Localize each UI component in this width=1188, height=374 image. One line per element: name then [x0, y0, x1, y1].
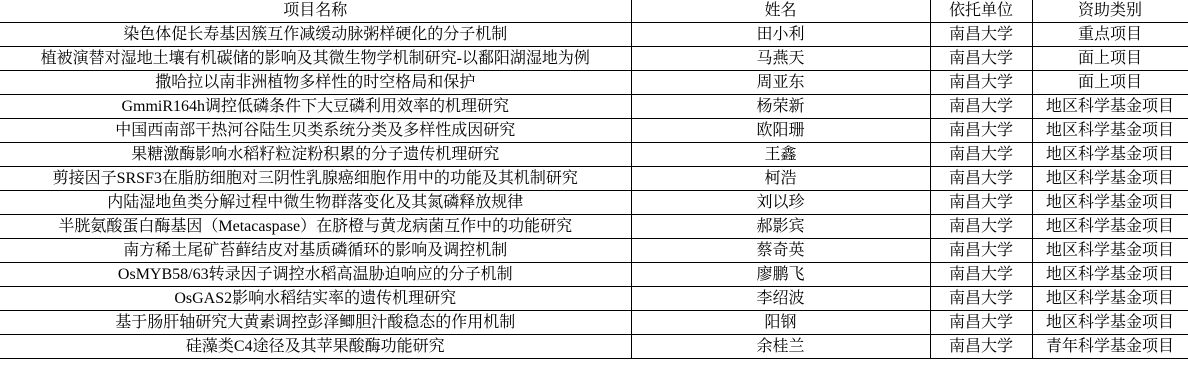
category-cell: 青年科学基金项目	[1032, 335, 1188, 359]
category-cell: 地区科学基金项目	[1032, 191, 1188, 215]
name-cell: 李绍波	[631, 287, 930, 311]
institution-cell: 南昌大学	[930, 167, 1032, 191]
category-cell: 面上项目	[1032, 47, 1188, 71]
category-cell: 重点项目	[1032, 23, 1188, 47]
table-row: 染色体促长寿基因簇互作减缓动脉粥样硬化的分子机制 田小利 南昌大学 重点项目	[0, 23, 1188, 47]
name-cell: 田小利	[631, 23, 930, 47]
column-header-institution: 依托单位	[930, 0, 1032, 23]
column-header-category: 资助类别	[1032, 0, 1188, 23]
project-cell: 果糖激酶影响水稻籽粒淀粉积累的分子遗传机理研究	[0, 143, 631, 167]
category-cell: 地区科学基金项目	[1032, 119, 1188, 143]
institution-cell: 南昌大学	[930, 263, 1032, 287]
project-cell: 南方稀土尾矿苔藓结皮对基质磷循环的影响及调控机制	[0, 239, 631, 263]
institution-cell: 南昌大学	[930, 191, 1032, 215]
category-cell: 地区科学基金项目	[1032, 95, 1188, 119]
institution-cell: 南昌大学	[930, 47, 1032, 71]
project-cell: 基于肠肝轴研究大黄素调控彭泽鲫胆汁酸稳态的作用机制	[0, 311, 631, 335]
project-cell: GmmiR164h调控低磷条件下大豆磷利用效率的机理研究	[0, 95, 631, 119]
name-cell: 蔡奇英	[631, 239, 930, 263]
project-cell: 植被演替对湿地土壤有机碳储的影响及其微生物学机制研究-以鄱阳湖湿地为例	[0, 47, 631, 71]
project-cell: OsMYB58/63转录因子调控水稻高温胁迫响应的分子机制	[0, 263, 631, 287]
name-cell: 杨荣新	[631, 95, 930, 119]
document-sheet: 项目名称 姓名 依托单位 资助类别 染色体促长寿基因簇互作减缓动脉粥样硬化的分子…	[0, 0, 1188, 374]
category-cell: 面上项目	[1032, 71, 1188, 95]
category-cell: 地区科学基金项目	[1032, 215, 1188, 239]
header-row: 项目名称 姓名 依托单位 资助类别	[0, 0, 1188, 23]
table-row: 剪接因子SRSF3在脂肪细胞对三阴性乳腺癌细胞作用中的功能及其机制研究 柯浩 南…	[0, 167, 1188, 191]
institution-cell: 南昌大学	[930, 119, 1032, 143]
table-row: 内陆湿地鱼类分解过程中微生物群落变化及其氮磷释放规律 刘以珍 南昌大学 地区科学…	[0, 191, 1188, 215]
project-cell: 中国西南部干热河谷陆生贝类系统分类及多样性成因研究	[0, 119, 631, 143]
category-cell: 地区科学基金项目	[1032, 287, 1188, 311]
table-row: OsMYB58/63转录因子调控水稻高温胁迫响应的分子机制 廖鹏飞 南昌大学 地…	[0, 263, 1188, 287]
category-cell: 地区科学基金项目	[1032, 263, 1188, 287]
name-cell: 柯浩	[631, 167, 930, 191]
project-cell: 撒哈拉以南非洲植物多样性的时空格局和保护	[0, 71, 631, 95]
project-cell: 剪接因子SRSF3在脂肪细胞对三阴性乳腺癌细胞作用中的功能及其机制研究	[0, 167, 631, 191]
name-cell: 刘以珍	[631, 191, 930, 215]
name-cell: 周亚东	[631, 71, 930, 95]
institution-cell: 南昌大学	[930, 239, 1032, 263]
project-cell: 内陆湿地鱼类分解过程中微生物群落变化及其氮磷释放规律	[0, 191, 631, 215]
table-row: 南方稀土尾矿苔藓结皮对基质磷循环的影响及调控机制 蔡奇英 南昌大学 地区科学基金…	[0, 239, 1188, 263]
column-header-name: 姓名	[631, 0, 930, 23]
institution-cell: 南昌大学	[930, 71, 1032, 95]
name-cell: 阳钢	[631, 311, 930, 335]
table-row: 植被演替对湿地土壤有机碳储的影响及其微生物学机制研究-以鄱阳湖湿地为例 马燕天 …	[0, 47, 1188, 71]
name-cell: 欧阳珊	[631, 119, 930, 143]
institution-cell: 南昌大学	[930, 95, 1032, 119]
institution-cell: 南昌大学	[930, 287, 1032, 311]
column-header-project-name: 项目名称	[0, 0, 631, 23]
category-cell: 地区科学基金项目	[1032, 167, 1188, 191]
name-cell: 王鑫	[631, 143, 930, 167]
table-row: 硅藻类C4途径及其苹果酸酶功能研究 余桂兰 南昌大学 青年科学基金项目	[0, 335, 1188, 359]
institution-cell: 南昌大学	[930, 311, 1032, 335]
name-cell: 廖鹏飞	[631, 263, 930, 287]
project-cell: OsGAS2影响水稻结实率的遗传机理研究	[0, 287, 631, 311]
category-cell: 地区科学基金项目	[1032, 143, 1188, 167]
table-row: 中国西南部干热河谷陆生贝类系统分类及多样性成因研究 欧阳珊 南昌大学 地区科学基…	[0, 119, 1188, 143]
table-row: 撒哈拉以南非洲植物多样性的时空格局和保护 周亚东 南昌大学 面上项目	[0, 71, 1188, 95]
project-cell: 染色体促长寿基因簇互作减缓动脉粥样硬化的分子机制	[0, 23, 631, 47]
project-cell: 硅藻类C4途径及其苹果酸酶功能研究	[0, 335, 631, 359]
category-cell: 地区科学基金项目	[1032, 311, 1188, 335]
name-cell: 郝影宾	[631, 215, 930, 239]
name-cell: 马燕天	[631, 47, 930, 71]
institution-cell: 南昌大学	[930, 23, 1032, 47]
institution-cell: 南昌大学	[930, 143, 1032, 167]
category-cell: 地区科学基金项目	[1032, 239, 1188, 263]
table-row: 半胱氨酸蛋白酶基因（Metacaspase）在脐橙与黄龙病菌互作中的功能研究 郝…	[0, 215, 1188, 239]
name-cell: 余桂兰	[631, 335, 930, 359]
table-row: GmmiR164h调控低磷条件下大豆磷利用效率的机理研究 杨荣新 南昌大学 地区…	[0, 95, 1188, 119]
institution-cell: 南昌大学	[930, 335, 1032, 359]
project-cell: 半胱氨酸蛋白酶基因（Metacaspase）在脐橙与黄龙病菌互作中的功能研究	[0, 215, 631, 239]
table-row: 基于肠肝轴研究大黄素调控彭泽鲫胆汁酸稳态的作用机制 阳钢 南昌大学 地区科学基金…	[0, 311, 1188, 335]
grant-awards-table: 项目名称 姓名 依托单位 资助类别 染色体促长寿基因簇互作减缓动脉粥样硬化的分子…	[0, 0, 1188, 359]
table-row: 果糖激酶影响水稻籽粒淀粉积累的分子遗传机理研究 王鑫 南昌大学 地区科学基金项目	[0, 143, 1188, 167]
institution-cell: 南昌大学	[930, 215, 1032, 239]
table-row: OsGAS2影响水稻结实率的遗传机理研究 李绍波 南昌大学 地区科学基金项目	[0, 287, 1188, 311]
